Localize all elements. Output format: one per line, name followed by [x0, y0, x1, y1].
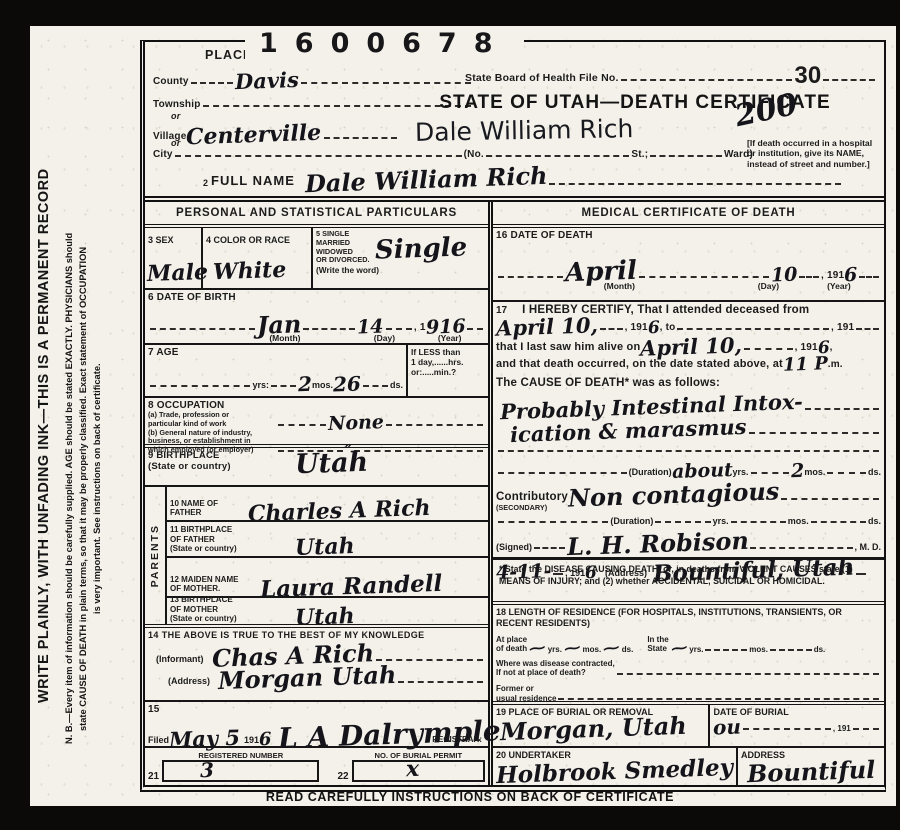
stamp-number: 1600678: [245, 26, 524, 59]
margin-nb-note-line1: N. B.—Every item of information should b…: [64, 176, 78, 801]
attest-label: 14 THE ABOVE IS TRUE TO THE BEST OF MY K…: [148, 630, 485, 640]
medical-section-heading: MEDICAL CERTIFICATE OF DEATH: [493, 202, 884, 228]
death-month-sublabel: (Month): [604, 281, 635, 291]
parents-strip: PARENTS: [145, 487, 167, 624]
residence-tick-1: ~: [526, 639, 548, 657]
village-label: Village: [153, 131, 186, 142]
race-cell: 4 COLOR OR RACE White: [201, 228, 311, 288]
sex-race-marital-row: 3 SEX Male 4 COLOR OR RACE White 5 SINGL…: [145, 228, 488, 290]
margin-nb-note-line3: is very important. See instructions on b…: [92, 176, 106, 801]
duration-label-2: (Duration): [610, 516, 653, 526]
duration-label-1: (Duration): [629, 467, 672, 477]
county-value: Davis: [235, 69, 300, 92]
sex-label: 3 SEX: [148, 235, 174, 245]
undertaker-value: Holbrook Smedley: [496, 756, 734, 787]
residence-ds-label-2: ds.: [814, 645, 826, 654]
burial-place-cell: 19 PLACE OF BURIAL OR REMOVAL Morgan, Ut…: [493, 705, 708, 746]
occupation-row: 8 OCCUPATION (a) Trade, profession or pa…: [145, 398, 488, 448]
birthplace-label: 9 BIRTHPLACE (State or country): [148, 450, 231, 473]
residence-mos-label-1: mos.: [583, 645, 602, 654]
duration-mos-label-1: mos.: [804, 467, 825, 477]
dob-month-sublabel: (Month): [269, 333, 300, 343]
death-year-sublabel: (Year): [827, 281, 851, 291]
filed-number: 15: [148, 704, 485, 715]
cause-of-death-label: The CAUSE OF DEATH* was as follows:: [496, 377, 881, 389]
father-name-row: 10 NAME OF FATHER Charles A Rich: [167, 487, 488, 522]
county-label: County: [153, 76, 189, 87]
age-row: 7 AGE yrs: 2 mos. 26 ds. If LESS than: [145, 345, 488, 398]
age-months-value: 2: [298, 374, 313, 394]
race-label: 4 COLOR OR RACE: [206, 235, 290, 245]
township-label: Township: [153, 99, 201, 110]
burial-permit-index: 22: [337, 771, 348, 782]
residence-yrs-label-1: yrs.: [548, 645, 562, 654]
duration-months-hw: 2: [791, 462, 805, 481]
duration-yrs-label-2: yrs.: [713, 516, 729, 526]
marital-value: Single: [375, 234, 468, 263]
informant-label: (Informant): [156, 654, 204, 664]
duration-mos-label-2: mos.: [788, 516, 809, 526]
file-no-row: State Board of Health File No. 30: [465, 62, 877, 84]
marital-cell: 5 SINGLE MARRIED WIDOWED OR DIVORCED. (W…: [311, 228, 488, 288]
age-if-less-note: If LESS than 1 day,......hrs. or:.....mi…: [406, 345, 488, 396]
duration-ds-label-1: ds.: [868, 467, 881, 477]
at-place-label: At place of death: [496, 635, 527, 654]
residence-mos-label-2: mos.: [749, 645, 768, 654]
certificate-body: PLACE OF DEATH County Davis Township or …: [140, 40, 886, 792]
informant-address-label: (Address): [168, 676, 210, 686]
margin-permanent-record-note: WRITE PLAINLY, WITH UNFADING INK—THIS IS…: [36, 66, 58, 806]
margin-nb-note-line2: state CAUSE OF DEATH in plain terms, so …: [78, 176, 92, 801]
contributory-value: Non contagious: [568, 479, 780, 510]
burial-permit-box: x: [352, 760, 485, 782]
certificate-header: PLACE OF DEATH County Davis Township or …: [145, 42, 884, 202]
certify-number: 17: [496, 305, 507, 316]
sex-value: Male: [147, 261, 209, 285]
hospital-note: [If death occurred in a hospital or inst…: [747, 138, 879, 169]
age-yrs-label: yrs:: [252, 380, 269, 390]
burial-place-value: Morgan, Utah: [500, 714, 687, 745]
in-state-label: In the State: [647, 635, 668, 654]
age-ds-label: ds.: [390, 380, 403, 390]
registrar-label: REGISTRAR:: [432, 735, 482, 744]
death-day-sublabel: (Day): [758, 281, 779, 291]
city-row: City (No. St.; Ward): [153, 149, 753, 160]
mother-birthplace-row: 13 BIRTHPLACE OF MOTHER (State or countr…: [167, 598, 488, 626]
certify-year2-prefix: , 191: [831, 322, 854, 333]
former-residence-label: Former or usual residence: [496, 684, 556, 703]
occupation-a-value: None: [328, 413, 385, 434]
occupation-a-label: (a) Trade, profession or particular kind…: [148, 411, 276, 429]
personal-section-heading: PERSONAL AND STATISTICAL PARTICULARS: [145, 202, 488, 228]
file-no-label: State Board of Health File No.: [465, 72, 619, 84]
certify-year1-prefix: , 191: [625, 322, 648, 333]
md-label: , M. D.: [855, 542, 882, 552]
city-label: City: [153, 149, 173, 160]
certificate-title: STATE OF UTAH—DEATH CERTIFICATE: [395, 92, 875, 114]
age-cell: 7 AGE yrs: 2 mos. 26 ds.: [145, 345, 406, 396]
street-label: St.;: [631, 149, 648, 160]
certificate-paper: 1600678 WRITE PLAINLY, WITH UNFADING INK…: [30, 26, 896, 806]
age-mos-label: mos.: [312, 380, 333, 390]
age-label: 7 AGE: [148, 347, 403, 358]
filed-date-value: May 5: [169, 727, 241, 750]
undertaker-address-value: Bountiful: [747, 758, 876, 786]
residence-tick-2: ~: [561, 639, 583, 657]
mother-birthplace-label: 13 BIRTHPLACE OF MOTHER (State or countr…: [170, 595, 265, 624]
footer-instruction: READ CAREFULLY INSTRUCTIONS ON BACK OF C…: [170, 790, 770, 804]
burial-date-cell: DATE OF BURIAL ou , 191: [708, 705, 884, 746]
mother-name-row: 12 MAIDEN NAME OF MOTHER. Laura Randell: [167, 558, 488, 598]
burial-date-year: , 191: [833, 724, 851, 733]
race-value: White: [213, 259, 287, 284]
certify-block: 17 I HEREBY CERTIFY, That I attended dec…: [493, 302, 884, 375]
sex-cell: 3 SEX Male: [145, 228, 201, 288]
registered-number-index: 21: [148, 771, 159, 782]
residence-label: 18 LENGTH OF RESIDENCE (FOR HOSPITALS, I…: [496, 607, 866, 629]
county-row: County Davis: [153, 70, 473, 87]
dob-year-sublabel: (Year): [438, 333, 462, 343]
father-name-label: 10 NAME OF FATHER: [170, 499, 248, 518]
certify-attended-from: April 10,: [496, 314, 599, 339]
residence-tick-4: ~: [668, 639, 690, 657]
full-name-row: 2 FULL NAME Dale William Rich: [203, 168, 843, 188]
residence-tick-3: ~: [600, 639, 622, 657]
registered-number-value: 3: [200, 760, 215, 780]
full-name-number: 2: [203, 178, 208, 188]
filed-block: 15 Filed May 5 191 6 L A Dalrymple REGIS…: [145, 702, 488, 748]
certify-to-label: , to: [660, 322, 676, 333]
contributory-label: Contributory: [496, 491, 568, 503]
residence-block: 18 LENGTH OF RESIDENCE (FOR HOSPITALS, I…: [493, 605, 884, 705]
certify-text-2: that I last saw him alive on: [496, 341, 640, 353]
date-of-death-row: 16 DATE OF DEATH April 10 , 191 6 (Month…: [493, 228, 884, 302]
father-birthplace-label: 11 BIRTHPLACE OF FATHER (State or countr…: [170, 525, 265, 554]
physician-signature: L. H. Robison: [566, 529, 749, 559]
father-birthplace-value: Utah: [295, 535, 355, 559]
undertaker-cell: 20 UNDERTAKER Holbrook Smedley: [493, 748, 736, 790]
file-no-value: 30: [794, 62, 821, 90]
informant-block: 14 THE ABOVE IS TRUE TO THE BEST OF MY K…: [145, 628, 488, 702]
undertaker-row: 20 UNDERTAKER Holbrook Smedley ADDRESS B…: [493, 748, 884, 790]
registered-number-box: 3: [162, 760, 319, 782]
informant-address-value: Morgan Utah: [218, 663, 397, 693]
father-birthplace-row: 11 BIRTHPLACE OF FATHER (State or countr…: [167, 522, 488, 558]
disease-contracted-label: Where was disease contracted, If not at …: [496, 659, 615, 678]
death-time-value: 11 P: [783, 355, 828, 375]
date-of-death-label: 16 DATE OF DEATH: [496, 230, 881, 241]
full-name-value: Dale William Rich: [305, 164, 548, 196]
or-label-2: or: [171, 138, 180, 148]
burial-date-hw: ou: [713, 717, 742, 738]
registered-number-label: REGISTERED NUMBER: [162, 751, 319, 760]
village-value: Centerville: [186, 122, 322, 149]
filed-year-prefix: 191: [244, 735, 259, 745]
burial-permit-value: x: [405, 758, 419, 780]
mother-birthplace-value: Utah: [295, 605, 355, 629]
residence-yrs-label-2: yrs.: [689, 645, 703, 654]
cause-footnote: * State the DISEASE CAUSING DEATH, or, i…: [493, 560, 884, 605]
burial-row: 19 PLACE OF BURIAL OR REMOVAL Morgan, Ut…: [493, 705, 884, 748]
certify-m-label: .m.: [828, 359, 843, 370]
name-overwrite: Dale William Rich: [415, 114, 634, 147]
registered-number-row: 21 REGISTERED NUMBER 3 22 NO. OF BURIAL …: [145, 748, 488, 790]
marital-sublabel: (Write the word): [316, 265, 485, 275]
filed-year-value: 6: [259, 731, 272, 749]
duration-yrs-label-1: yrs.: [733, 467, 749, 477]
dob-year-prefix: , 1: [414, 322, 426, 333]
undertaker-address-cell: ADDRESS Bountiful: [736, 748, 884, 790]
certify-year3-prefix: , 191: [795, 342, 818, 353]
parents-label: PARENTS: [149, 524, 161, 587]
duration-ds-label-2: ds.: [868, 516, 881, 526]
mother-name-value: Laura Randell: [260, 572, 443, 601]
signed-label: (Signed): [496, 542, 532, 552]
full-name-label: FULL NAME: [211, 173, 295, 188]
birthplace-row: 9 BIRTHPLACE (State or country) Utah: [145, 448, 488, 487]
parents-block: PARENTS 10 NAME OF FATHER Charles A Rich…: [145, 487, 488, 628]
certify-last-saw-date: April 10,: [640, 334, 743, 359]
death-year-prefix: , 191: [821, 270, 844, 281]
birthplace-value: Utah: [295, 449, 369, 479]
dob-day-sublabel: (Day): [374, 333, 395, 343]
street-no-label: (No.: [464, 149, 484, 160]
or-label-1: or: [171, 111, 180, 121]
cause-of-death-block: The CAUSE OF DEATH* was as follows: Prob…: [493, 375, 884, 560]
dob-label: 6 DATE OF BIRTH: [148, 292, 485, 303]
age-days-value: 26: [333, 374, 362, 395]
father-name-value: Charles A Rich: [248, 497, 431, 525]
mother-name-label: 12 MAIDEN NAME OF MOTHER.: [170, 575, 260, 594]
medical-certificate-column: MEDICAL CERTIFICATE OF DEATH 16 DATE OF …: [493, 202, 884, 786]
residence-ds-label-1: ds.: [622, 645, 634, 654]
dob-row: 6 DATE OF BIRTH Jan 14 , 1 916 (Month) (…: [145, 290, 488, 345]
personal-statistical-column: PERSONAL AND STATISTICAL PARTICULARS 3 S…: [145, 202, 493, 786]
filed-label: Filed: [148, 735, 169, 745]
